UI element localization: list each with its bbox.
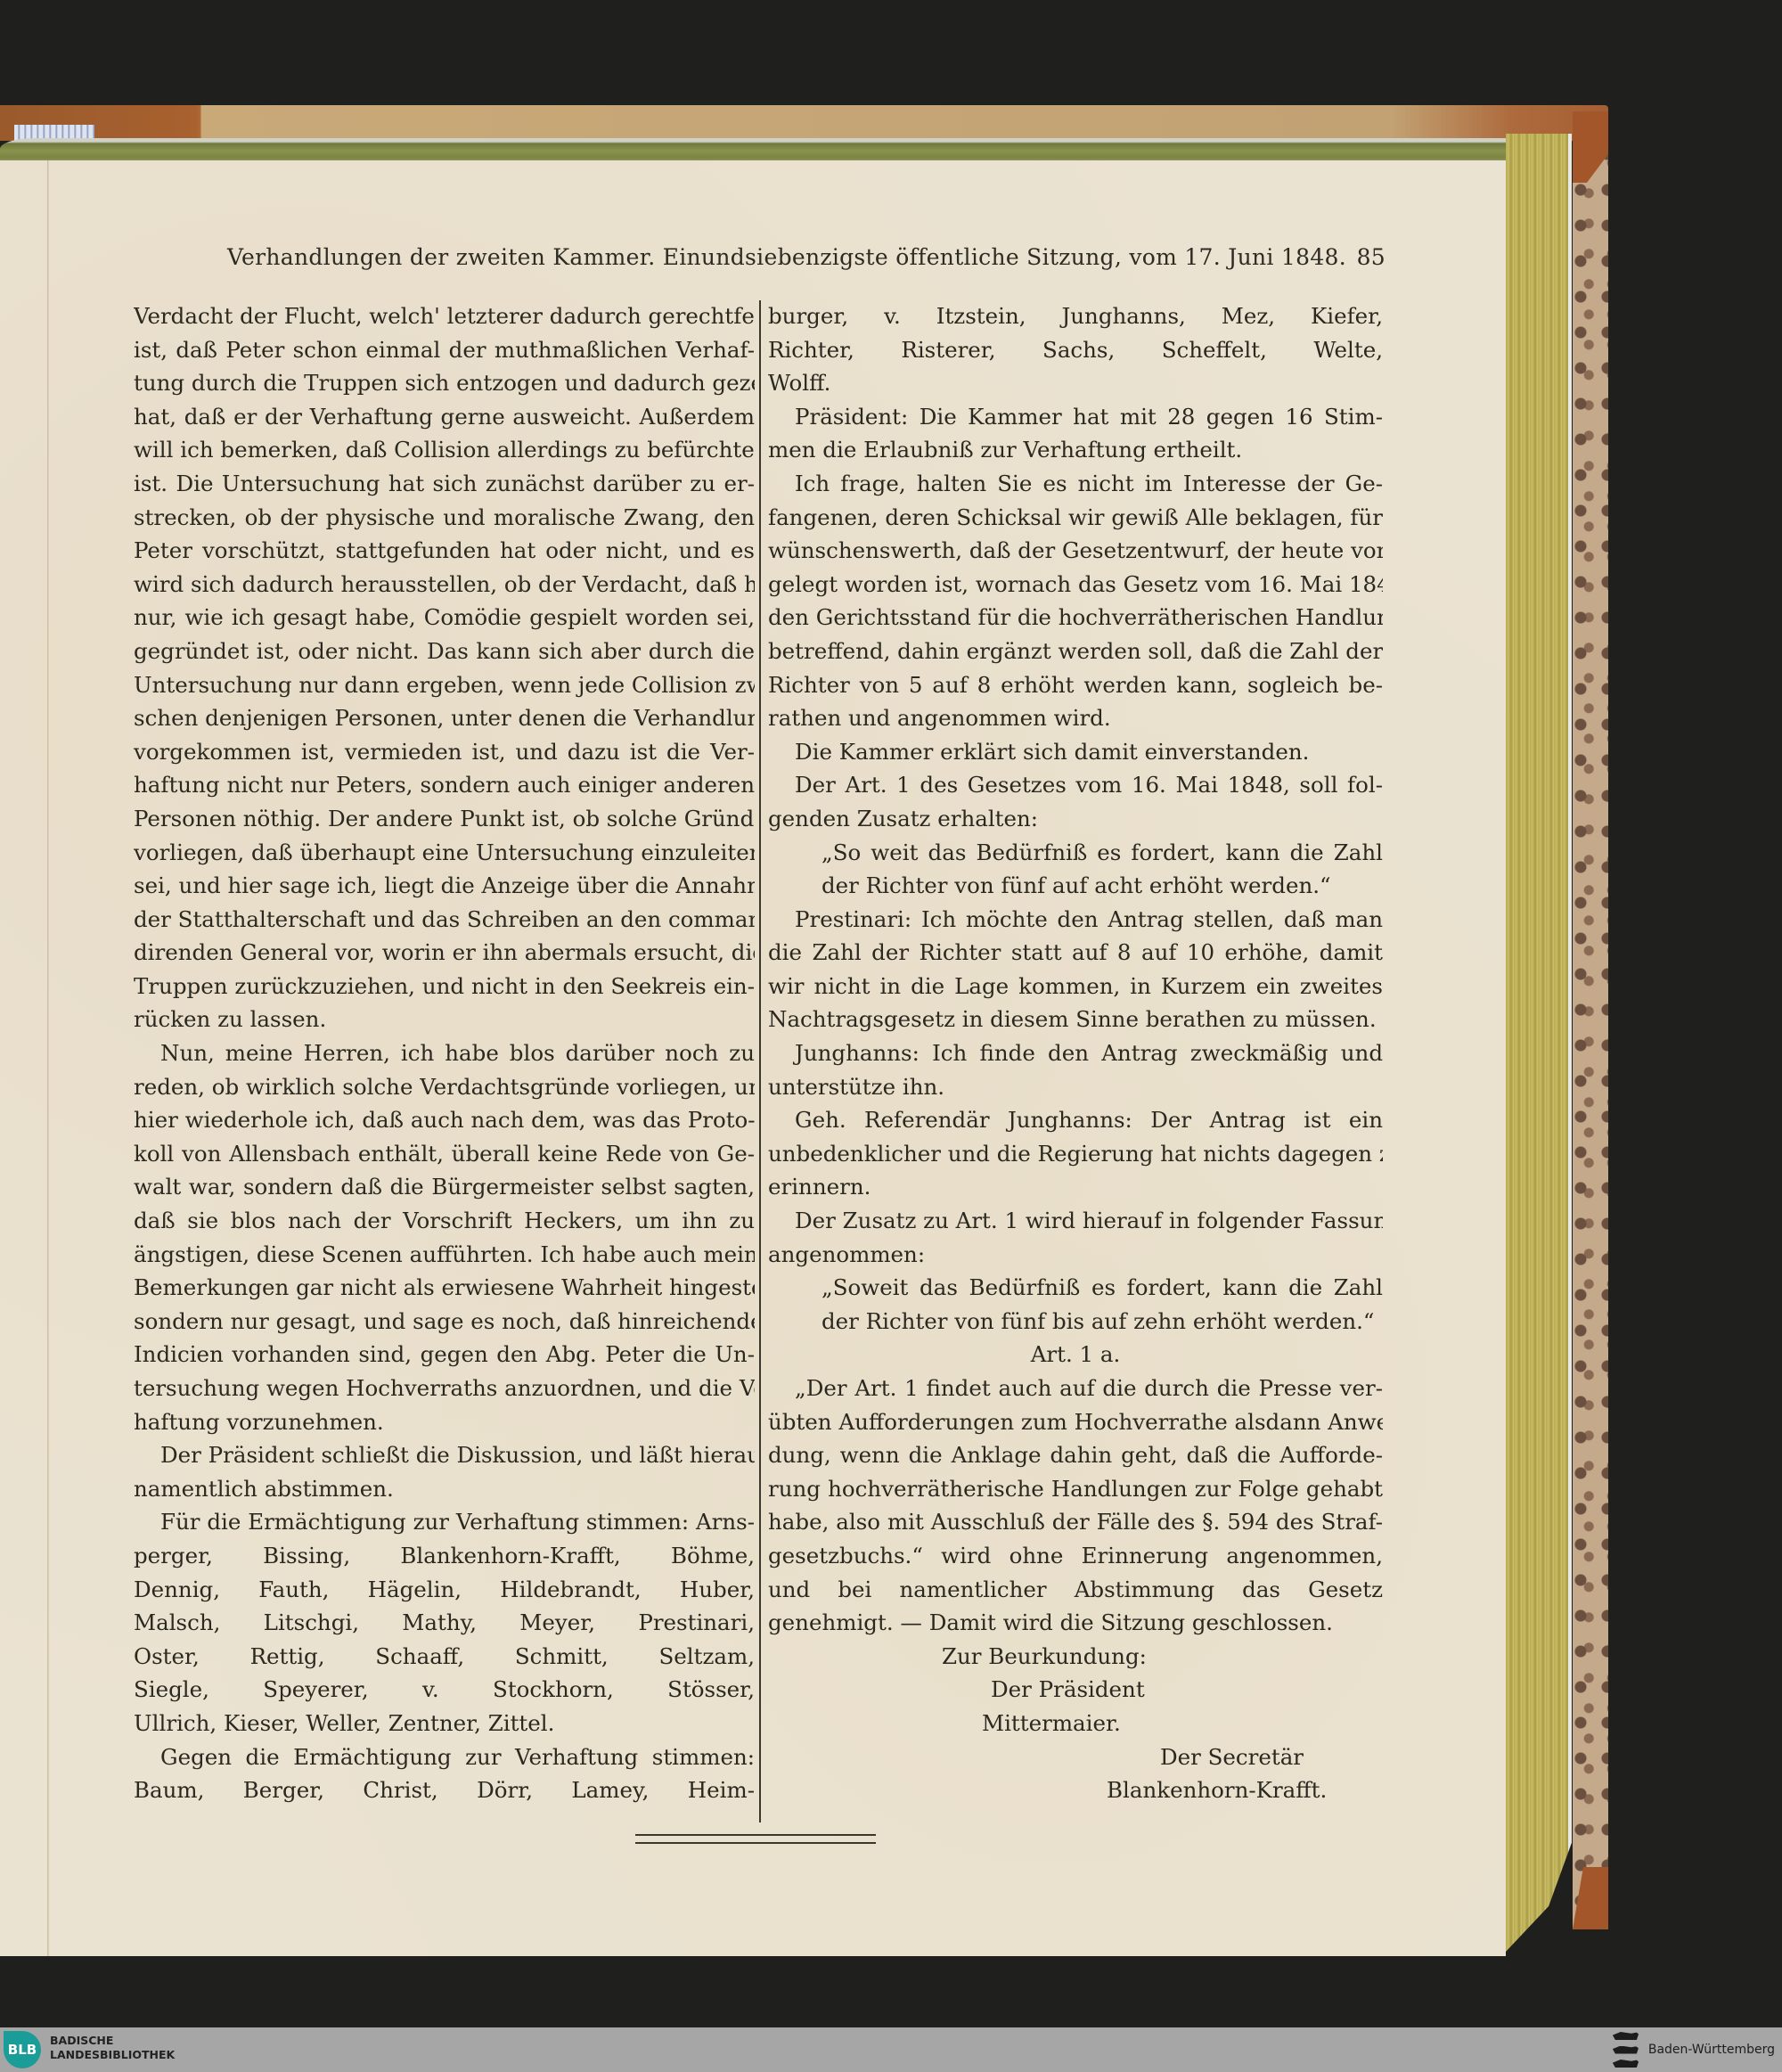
text-line: namentlich abstimmen.	[134, 1472, 755, 1506]
running-head: Verhandlungen der zweiten Kammer. Einund…	[227, 244, 1386, 280]
text-line: haftung nicht nur Peters, sondern auch e…	[134, 768, 755, 802]
text-line: Baum, Berger, Christ, Dörr, Lamey, Heim-	[134, 1773, 755, 1807]
text-line: schen denjenigen Personen, unter denen d…	[134, 701, 755, 735]
text-line: perger, Bissing, Blankenhorn-Krafft, Böh…	[134, 1539, 755, 1573]
text-line: unbedenklicher und die Regierung hat nic…	[768, 1137, 1383, 1171]
text-line: betreffend, dahin ergänzt werden soll, d…	[768, 635, 1383, 668]
leather-corner-top	[1573, 111, 1608, 183]
text-line: unterstütze ihn.	[768, 1070, 1383, 1104]
text-line: Präsident: Die Kammer hat mit 28 gegen 1…	[768, 400, 1383, 434]
column-divider	[759, 300, 761, 1822]
text-line: sei, und hier sage ich, liegt die Anzeig…	[134, 869, 755, 903]
text-line: übten Aufforderungen zum Hochverrathe al…	[768, 1405, 1383, 1439]
book-cover-top-edge	[0, 105, 1608, 141]
text-line: wünschenswerth, daß der Gesetzentwurf, d…	[768, 534, 1383, 568]
text-line: gegründet ist, oder nicht. Das kann sich…	[134, 635, 755, 668]
text-line: Nachtragsgesetz in diesem Sinne berathen…	[768, 1003, 1383, 1036]
text-line: genden Zusatz erhalten:	[768, 802, 1383, 836]
text-line: Ich frage, halten Sie es nicht im Intere…	[768, 467, 1383, 501]
text-line: daß sie blos nach der Vorschrift Heckers…	[134, 1204, 755, 1238]
left-column: Verdacht der Flucht, welch' letzterer da…	[134, 299, 755, 1807]
text-line: „Soweit das Bedürfniß es fordert, kann d…	[768, 1271, 1383, 1305]
text-line: Nun, meine Herren, ich habe blos darüber…	[134, 1036, 755, 1070]
library-name[interactable]: BADISCHE LANDESBIBLIOTHEK	[50, 2034, 175, 2062]
end-of-section-rule	[635, 1834, 876, 1844]
text-line: Indicien vorhanden sind, gegen den Abg. …	[134, 1338, 755, 1372]
text-line: wir nicht in die Lage kommen, in Kurzem …	[768, 970, 1383, 1003]
text-line: Der Zusatz zu Art. 1 wird hierauf in fol…	[768, 1204, 1383, 1238]
text-line: angenommen:	[768, 1238, 1383, 1272]
text-line: Blankenhorn-Krafft.	[768, 1773, 1383, 1807]
text-line: Personen nöthig. Der andere Punkt ist, o…	[134, 802, 755, 836]
running-head-title: Verhandlungen der zweiten Kammer. Einund…	[227, 244, 1346, 270]
text-line: Geh. Referendär Junghanns: Der Antrag is…	[768, 1103, 1383, 1137]
text-line: ist. Die Untersuchung hat sich zunächst …	[134, 467, 755, 501]
text-line: der Richter von fünf auf acht erhöht wer…	[768, 869, 1383, 903]
text-line: der Statthalterschaft und das Schreiben …	[134, 903, 755, 937]
text-line: Der Secretär	[768, 1740, 1383, 1774]
page-block-fore-edge	[1506, 134, 1572, 1952]
text-line: Siegle, Speyerer, v. Stockhorn, Stösser,	[134, 1673, 755, 1707]
state-name: Baden-Württemberg	[1648, 2043, 1775, 2057]
text-line: Der Art. 1 des Gesetzes vom 16. Mai 1848…	[768, 768, 1383, 802]
text-line: Bemerkungen gar nicht als erwiesene Wahr…	[134, 1271, 755, 1305]
text-line: habe, also mit Ausschluß der Fälle des §…	[768, 1505, 1383, 1539]
text-line: vorliegen, daß überhaupt eine Untersuchu…	[134, 836, 755, 870]
three-lions-icon	[1613, 2032, 1639, 2068]
text-line: wird sich dadurch herausstellen, ob der …	[134, 568, 755, 602]
text-line: rung hochverrätherische Handlungen zur F…	[768, 1472, 1383, 1506]
text-line: Junghanns: Ich finde den Antrag zweckmäß…	[768, 1036, 1383, 1070]
text-line: gesetzbuchs.“ wird ohne Erinnerung angen…	[768, 1539, 1383, 1573]
text-line: rathen und angenommen wird.	[768, 701, 1383, 735]
text-line: die Zahl der Richter statt auf 8 auf 10 …	[768, 936, 1383, 970]
text-line: genehmigt. — Damit wird die Sitzung gesc…	[768, 1606, 1383, 1640]
text-line: vorgekommen ist, vermieden ist, und dazu…	[134, 735, 755, 769]
text-line: will ich bemerken, daß Collision allerdi…	[134, 433, 755, 467]
text-line: direnden General vor, worin er ihn aberm…	[134, 936, 755, 970]
text-line: burger, v. Itzstein, Junghanns, Mez, Kie…	[768, 299, 1383, 333]
text-line: und bei namentlicher Abstimmung das Gese…	[768, 1573, 1383, 1607]
text-line: tersuchung wegen Hochverraths anzuordnen…	[134, 1372, 755, 1405]
text-line: tung durch die Truppen sich entzogen und…	[134, 366, 755, 400]
text-line: Untersuchung nur dann ergeben, wenn jede…	[134, 668, 755, 702]
text-line: Malsch, Litschgi, Mathy, Meyer, Prestina…	[134, 1606, 755, 1640]
text-line: Der Präsident schließt die Diskussion, u…	[134, 1438, 755, 1472]
text-line: Die Kammer erklärt sich damit einverstan…	[768, 735, 1383, 769]
library-name-line1: BADISCHE	[50, 2034, 175, 2048]
text-line: erinnern.	[768, 1170, 1383, 1204]
leather-corner-bottom	[1573, 1867, 1608, 1929]
text-line: Mittermaier.	[768, 1707, 1383, 1740]
page-gutter	[47, 160, 50, 1956]
text-line: hat, daß er der Verhaftung gerne ausweic…	[134, 400, 755, 434]
text-line: Gegen die Ermächtigung zur Verhaftung st…	[134, 1740, 755, 1774]
text-line: Peter vorschützt, stattgefunden hat oder…	[134, 534, 755, 568]
text-line: Für die Ermächtigung zur Verhaftung stim…	[134, 1505, 755, 1539]
text-line: Dennig, Fauth, Hägelin, Hildebrandt, Hub…	[134, 1573, 755, 1607]
text-line: strecken, ob der physische und moralisch…	[134, 501, 755, 535]
text-line: fangenen, deren Schicksal wir gewiß Alle…	[768, 501, 1383, 535]
text-line: Richter, Risterer, Sachs, Scheffelt, Wel…	[768, 333, 1383, 367]
text-line: Verdacht der Flucht, welch' letzterer da…	[134, 299, 755, 333]
text-line: Der Präsident	[768, 1673, 1383, 1707]
page-number: 85	[1357, 244, 1386, 270]
text-line: dung, wenn die Anklage dahin geht, daß d…	[768, 1438, 1383, 1472]
state-logo[interactable]: Baden-Württemberg	[1613, 2027, 1775, 2072]
text-line: gelegt worden ist, wornach das Gesetz vo…	[768, 568, 1383, 602]
text-line: der Richter von fünf bis auf zehn erhöht…	[768, 1305, 1383, 1339]
text-line: walt war, sondern daß die Bürgermeister …	[134, 1170, 755, 1204]
text-line: Oster, Rettig, Schaaff, Schmitt, Seltzam…	[134, 1640, 755, 1674]
text-line: men die Erlaubniß zur Verhaftung ertheil…	[768, 433, 1383, 467]
text-line: rücken zu lassen.	[134, 1003, 755, 1036]
text-line: nur, wie ich gesagt habe, Comödie gespie…	[134, 601, 755, 635]
text-line: Richter von 5 auf 8 erhöht werden kann, …	[768, 668, 1383, 702]
text-line: Art. 1 a.	[768, 1338, 1383, 1372]
text-line: Wolff.	[768, 366, 1383, 400]
right-column: burger, v. Itzstein, Junghanns, Mez, Kie…	[768, 299, 1383, 1807]
text-line: den Gerichtsstand für die hochverrätheri…	[768, 601, 1383, 635]
text-line: reden, ob wirklich solche Verdachtsgründ…	[134, 1070, 755, 1104]
text-line: ist, daß Peter schon einmal der muthmaßl…	[134, 333, 755, 367]
text-line: Ullrich, Kieser, Weller, Zentner, Zittel…	[134, 1707, 755, 1740]
text-line: Zur Beurkundung:	[768, 1640, 1383, 1674]
footer-bar: BLB BADISCHE LANDESBIBLIOTHEK Baden-Würt…	[0, 2027, 1782, 2072]
text-line: haftung vorzunehmen.	[134, 1405, 755, 1439]
text-line: sondern nur gesagt, und sage es noch, da…	[134, 1305, 755, 1339]
text-line: Truppen zurückzuziehen, und nicht in den…	[134, 970, 755, 1003]
text-line: koll von Allensbach enthält, überall kei…	[134, 1137, 755, 1171]
text-line: Prestinari: Ich möchte den Antrag stelle…	[768, 903, 1383, 937]
text-line: hier wiederhole ich, daß auch nach dem, …	[134, 1103, 755, 1137]
text-line: „So weit das Bedürfniß es fordert, kann …	[768, 836, 1383, 870]
blb-logo-icon[interactable]: BLB	[4, 2031, 41, 2068]
book-cover-marbled-edge	[1573, 111, 1608, 1929]
library-name-line2: LANDESBIBLIOTHEK	[50, 2048, 175, 2062]
text-line: „Der Art. 1 findet auch auf die durch di…	[768, 1372, 1383, 1405]
text-line: ängstigen, diese Scenen aufführten. Ich …	[134, 1238, 755, 1272]
